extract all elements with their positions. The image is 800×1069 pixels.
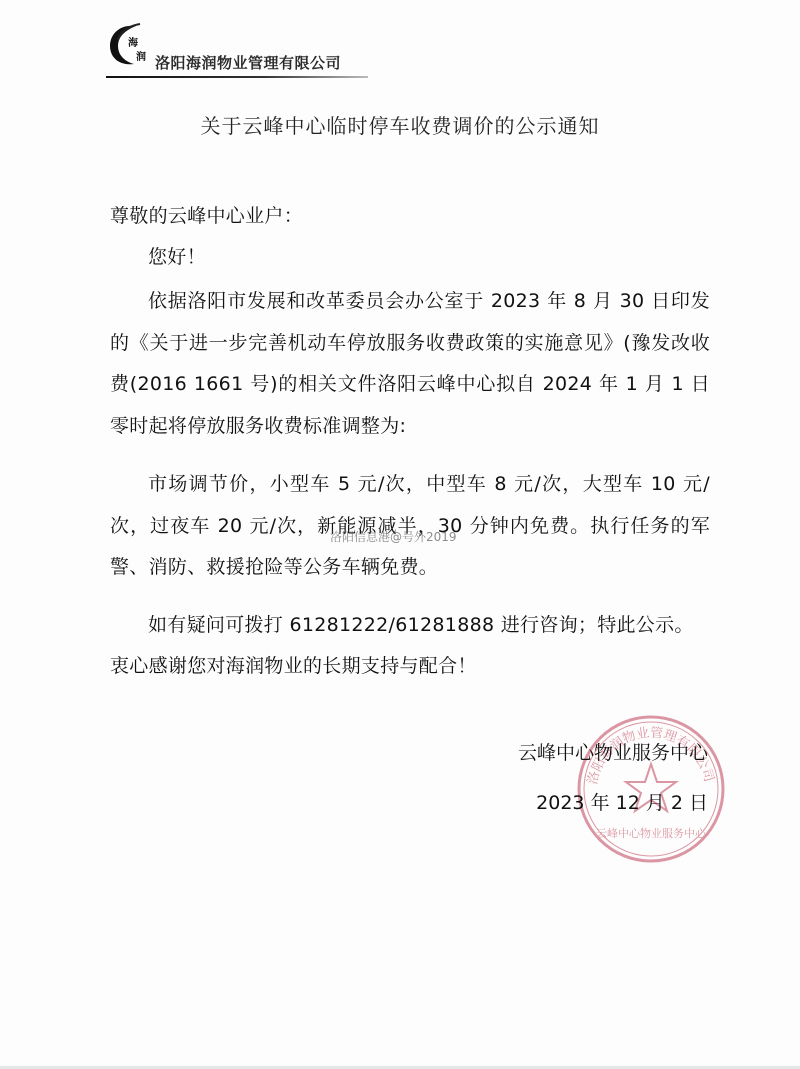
company-name: 洛阳海润物业管理有限公司: [155, 52, 341, 73]
issue-date: 2023 年 12 月 2 日: [536, 788, 708, 815]
signer: 云峰中心物业服务中心: [518, 738, 708, 765]
paragraph-contact: 如有疑问可拨打 61281222/61281888 进行咨询；特此公示。: [110, 605, 710, 647]
closing-thanks: 衷心感谢您对海润物业的长期支持与配合！: [110, 646, 710, 688]
seal-bottom-text: 云峰中心物业服务中心: [596, 826, 707, 840]
notice-title: 关于云峰中心临时停车收费调价的公示通知: [0, 110, 800, 139]
watermark: 洛阳信息港@号外2019: [330, 528, 457, 545]
paragraph-fee-schedule: 市场调节价，小型车 5 元/次，中型车 8 元/次，大型车 10 元/次，过夜车…: [110, 464, 710, 589]
letterhead: 海 润 洛阳海润物业管理有限公司: [106, 20, 406, 72]
svg-text:海: 海: [128, 36, 139, 49]
paragraph-policy-basis: 依据洛阳市发展和改革委员会办公室于 2023 年 8 月 30 日印发的《关于进…: [110, 281, 710, 447]
svg-text:润: 润: [135, 50, 146, 63]
letterhead-divider: [106, 76, 368, 78]
ink-brush-logo-icon: 海 润: [106, 20, 152, 68]
salutation: 尊敬的云峰中心业户：: [110, 196, 710, 238]
document-page: 海 润 洛阳海润物业管理有限公司 关于云峰中心临时停车收费调价的公示通知 尊敬的…: [0, 0, 800, 1069]
greeting: 您好！: [110, 237, 710, 279]
